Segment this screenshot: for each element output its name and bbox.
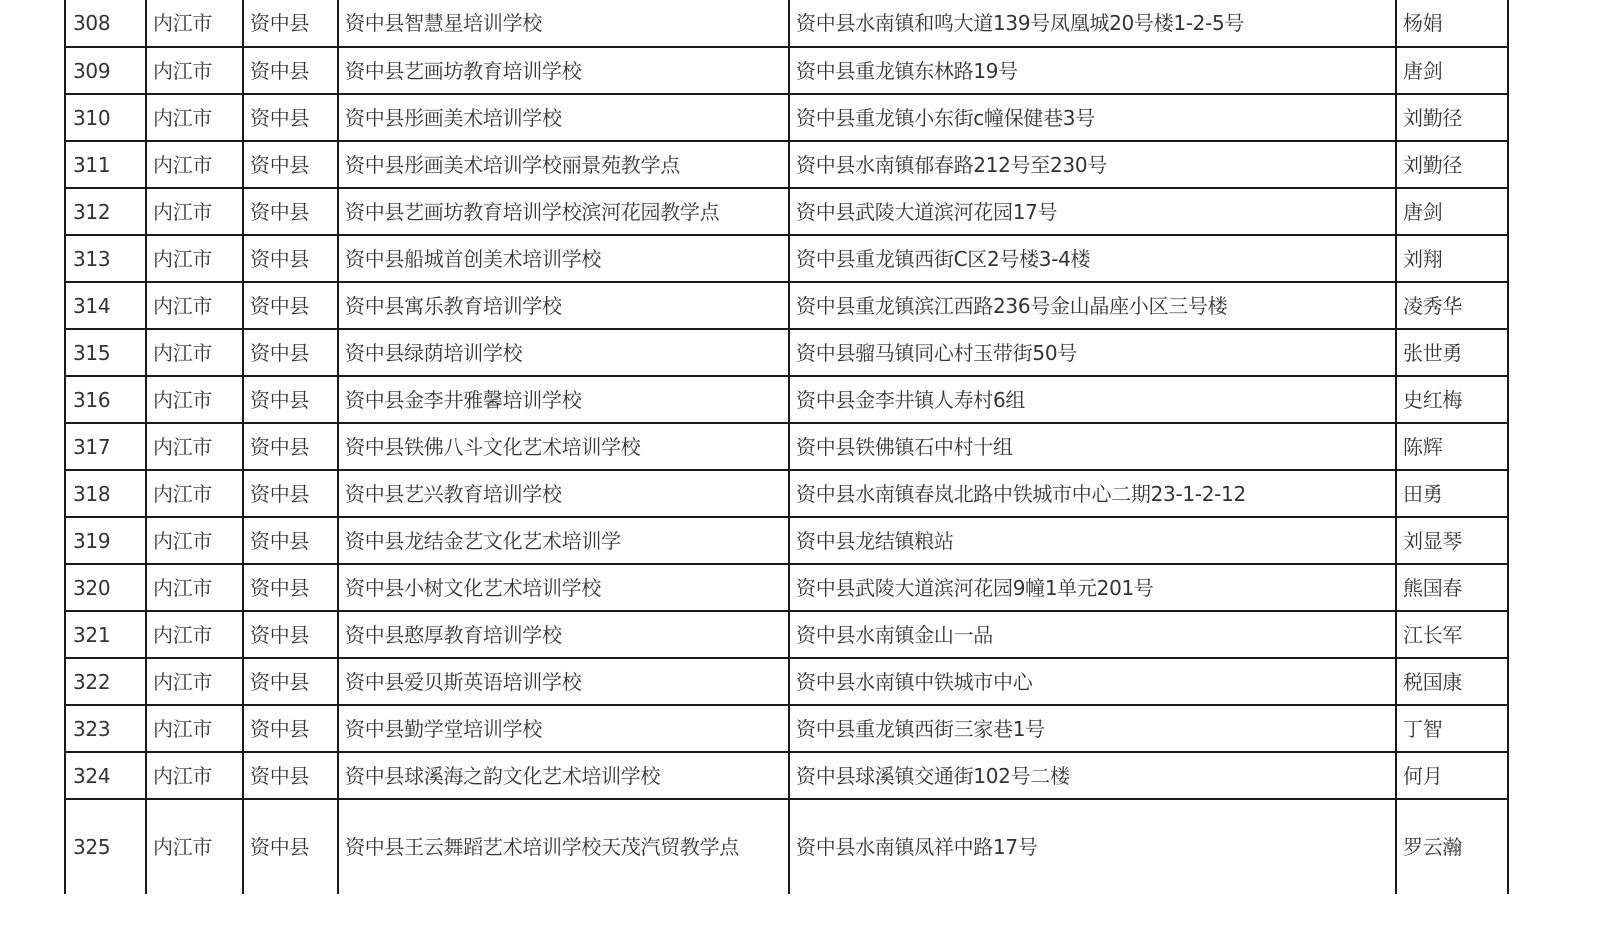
table-row: 316内江市资中县资中县金李井雅馨培训学校资中县金李井镇人寿村6组史红梅 xyxy=(65,376,1508,423)
cell-city: 内江市 xyxy=(146,282,243,329)
cell-school-name: 资中县王云舞蹈艺术培训学校天茂汽贸教学点 xyxy=(338,799,789,894)
cell-school-name: 资中县球溪海之韵文化艺术培训学校 xyxy=(338,752,789,799)
cell-person: 江长军 xyxy=(1396,611,1508,658)
cell-number: 315 xyxy=(65,329,146,376)
cell-number: 310 xyxy=(65,94,146,141)
cell-county: 资中县 xyxy=(243,188,338,235)
cell-school-name: 资中县勤学堂培训学校 xyxy=(338,705,789,752)
cell-school-name: 资中县憨厚教育培训学校 xyxy=(338,611,789,658)
table-row: 309内江市资中县资中县艺画坊教育培训学校资中县重龙镇东林路19号唐剑 xyxy=(65,47,1508,94)
cell-county: 资中县 xyxy=(243,705,338,752)
cell-person: 刘勤径 xyxy=(1396,94,1508,141)
cell-number: 313 xyxy=(65,235,146,282)
table-row: 325内江市资中县资中县王云舞蹈艺术培训学校天茂汽贸教学点资中县水南镇凤祥中路1… xyxy=(65,799,1508,894)
cell-city: 内江市 xyxy=(146,235,243,282)
cell-city: 内江市 xyxy=(146,141,243,188)
cell-school-name: 资中县绿荫培训学校 xyxy=(338,329,789,376)
table-row: 319内江市资中县资中县龙结金艺文化艺术培训学资中县龙结镇粮站刘显琴 xyxy=(65,517,1508,564)
cell-city: 内江市 xyxy=(146,376,243,423)
cell-number: 318 xyxy=(65,470,146,517)
cell-county: 资中县 xyxy=(243,752,338,799)
cell-city: 内江市 xyxy=(146,517,243,564)
cell-county: 资中县 xyxy=(243,329,338,376)
cell-city: 内江市 xyxy=(146,470,243,517)
cell-address: 资中县水南镇郁春路212号至230号 xyxy=(789,141,1396,188)
cell-number: 317 xyxy=(65,423,146,470)
cell-number: 308 xyxy=(65,0,146,47)
cell-address: 资中县水南镇中铁城市中心 xyxy=(789,658,1396,705)
cell-county: 资中县 xyxy=(243,235,338,282)
cell-school-name: 资中县船城首创美术培训学校 xyxy=(338,235,789,282)
cell-county: 资中县 xyxy=(243,282,338,329)
cell-county: 资中县 xyxy=(243,423,338,470)
cell-address: 资中县重龙镇东林路19号 xyxy=(789,47,1396,94)
cell-person: 刘翔 xyxy=(1396,235,1508,282)
cell-address: 资中县重龙镇小东街c幢保健巷3号 xyxy=(789,94,1396,141)
table-row: 321内江市资中县资中县憨厚教育培训学校资中县水南镇金山一品江长军 xyxy=(65,611,1508,658)
cell-school-name: 资中县寓乐教育培训学校 xyxy=(338,282,789,329)
cell-person: 罗云瀚 xyxy=(1396,799,1508,894)
table-row: 324内江市资中县资中县球溪海之韵文化艺术培训学校资中县球溪镇交通街102号二楼… xyxy=(65,752,1508,799)
cell-address: 资中县水南镇春岚北路中铁城市中心二期23-1-2-12 xyxy=(789,470,1396,517)
cell-person: 凌秀华 xyxy=(1396,282,1508,329)
cell-number: 316 xyxy=(65,376,146,423)
table-row: 312内江市资中县资中县艺画坊教育培训学校滨河花园教学点资中县武陵大道滨河花园1… xyxy=(65,188,1508,235)
cell-county: 资中县 xyxy=(243,517,338,564)
cell-person: 税国康 xyxy=(1396,658,1508,705)
cell-number: 309 xyxy=(65,47,146,94)
cell-number: 322 xyxy=(65,658,146,705)
cell-address: 资中县水南镇金山一品 xyxy=(789,611,1396,658)
table-row: 314内江市资中县资中县寓乐教育培训学校资中县重龙镇滨江西路236号金山晶座小区… xyxy=(65,282,1508,329)
cell-county: 资中县 xyxy=(243,47,338,94)
table-row: 322内江市资中县资中县爱贝斯英语培训学校资中县水南镇中铁城市中心税国康 xyxy=(65,658,1508,705)
cell-person: 唐剑 xyxy=(1396,47,1508,94)
cell-person: 史红梅 xyxy=(1396,376,1508,423)
cell-person: 田勇 xyxy=(1396,470,1508,517)
table-row: 311内江市资中县资中县彤画美术培训学校丽景苑教学点资中县水南镇郁春路212号至… xyxy=(65,141,1508,188)
cell-county: 资中县 xyxy=(243,376,338,423)
cell-address: 资中县重龙镇西街三家巷1号 xyxy=(789,705,1396,752)
cell-number: 324 xyxy=(65,752,146,799)
cell-city: 内江市 xyxy=(146,94,243,141)
cell-county: 资中县 xyxy=(243,611,338,658)
cell-person: 唐剑 xyxy=(1396,188,1508,235)
cell-number: 321 xyxy=(65,611,146,658)
table-row: 310内江市资中县资中县彤画美术培训学校资中县重龙镇小东街c幢保健巷3号刘勤径 xyxy=(65,94,1508,141)
cell-number: 323 xyxy=(65,705,146,752)
cell-county: 资中县 xyxy=(243,94,338,141)
cell-city: 内江市 xyxy=(146,658,243,705)
table-row: 320内江市资中县资中县小树文化艺术培训学校资中县武陵大道滨河花园9幢1单元20… xyxy=(65,564,1508,611)
cell-person: 熊国春 xyxy=(1396,564,1508,611)
cell-address: 资中县武陵大道滨河花园17号 xyxy=(789,188,1396,235)
cell-school-name: 资中县艺画坊教育培训学校滨河花园教学点 xyxy=(338,188,789,235)
cell-number: 319 xyxy=(65,517,146,564)
cell-person: 张世勇 xyxy=(1396,329,1508,376)
cell-city: 内江市 xyxy=(146,329,243,376)
table-row: 313内江市资中县资中县船城首创美术培训学校资中县重龙镇西街C区2号楼3-4楼刘… xyxy=(65,235,1508,282)
cell-school-name: 资中县金李井雅馨培训学校 xyxy=(338,376,789,423)
cell-county: 资中县 xyxy=(243,799,338,894)
cell-address: 资中县铁佛镇石中村十组 xyxy=(789,423,1396,470)
table-row: 318内江市资中县资中县艺兴教育培训学校资中县水南镇春岚北路中铁城市中心二期23… xyxy=(65,470,1508,517)
cell-city: 内江市 xyxy=(146,423,243,470)
cell-address: 资中县龙结镇粮站 xyxy=(789,517,1396,564)
cell-address: 资中县重龙镇西街C区2号楼3-4楼 xyxy=(789,235,1396,282)
cell-county: 资中县 xyxy=(243,658,338,705)
cell-address: 资中县金李井镇人寿村6组 xyxy=(789,376,1396,423)
cell-person: 何月 xyxy=(1396,752,1508,799)
table-row: 315内江市资中县资中县绿荫培训学校资中县骝马镇同心村玉带街50号张世勇 xyxy=(65,329,1508,376)
cell-number: 312 xyxy=(65,188,146,235)
cell-school-name: 资中县铁佛八斗文化艺术培训学校 xyxy=(338,423,789,470)
cell-person: 杨娟 xyxy=(1396,0,1508,47)
cell-school-name: 资中县艺兴教育培训学校 xyxy=(338,470,789,517)
table-row: 317内江市资中县资中县铁佛八斗文化艺术培训学校资中县铁佛镇石中村十组陈辉 xyxy=(65,423,1508,470)
cell-person: 刘显琴 xyxy=(1396,517,1508,564)
cell-school-name: 资中县爱贝斯英语培训学校 xyxy=(338,658,789,705)
cell-county: 资中县 xyxy=(243,470,338,517)
cell-number: 320 xyxy=(65,564,146,611)
cell-city: 内江市 xyxy=(146,0,243,47)
cell-person: 刘勤径 xyxy=(1396,141,1508,188)
cell-address: 资中县骝马镇同心村玉带街50号 xyxy=(789,329,1396,376)
cell-city: 内江市 xyxy=(146,188,243,235)
table-body: 308内江市资中县资中县智慧星培训学校资中县水南镇和鸣大道139号凤凰城20号楼… xyxy=(65,0,1508,894)
cell-city: 内江市 xyxy=(146,564,243,611)
cell-school-name: 资中县彤画美术培训学校丽景苑教学点 xyxy=(338,141,789,188)
cell-city: 内江市 xyxy=(146,705,243,752)
cell-city: 内江市 xyxy=(146,47,243,94)
cell-person: 陈辉 xyxy=(1396,423,1508,470)
cell-school-name: 资中县智慧星培训学校 xyxy=(338,0,789,47)
table-row: 308内江市资中县资中县智慧星培训学校资中县水南镇和鸣大道139号凤凰城20号楼… xyxy=(65,0,1508,47)
cell-number: 311 xyxy=(65,141,146,188)
table-row: 323内江市资中县资中县勤学堂培训学校资中县重龙镇西街三家巷1号丁智 xyxy=(65,705,1508,752)
cell-school-name: 资中县龙结金艺文化艺术培训学 xyxy=(338,517,789,564)
school-list-table: 308内江市资中县资中县智慧星培训学校资中县水南镇和鸣大道139号凤凰城20号楼… xyxy=(64,0,1509,894)
cell-county: 资中县 xyxy=(243,0,338,47)
school-list-table-container: 308内江市资中县资中县智慧星培训学校资中县水南镇和鸣大道139号凤凰城20号楼… xyxy=(64,0,1507,894)
cell-city: 内江市 xyxy=(146,752,243,799)
cell-school-name: 资中县小树文化艺术培训学校 xyxy=(338,564,789,611)
cell-school-name: 资中县艺画坊教育培训学校 xyxy=(338,47,789,94)
cell-school-name: 资中县彤画美术培训学校 xyxy=(338,94,789,141)
cell-address: 资中县重龙镇滨江西路236号金山晶座小区三号楼 xyxy=(789,282,1396,329)
cell-number: 314 xyxy=(65,282,146,329)
cell-county: 资中县 xyxy=(243,141,338,188)
cell-address: 资中县球溪镇交通街102号二楼 xyxy=(789,752,1396,799)
cell-person: 丁智 xyxy=(1396,705,1508,752)
cell-number: 325 xyxy=(65,799,146,894)
cell-city: 内江市 xyxy=(146,799,243,894)
cell-address: 资中县水南镇凤祥中路17号 xyxy=(789,799,1396,894)
cell-address: 资中县水南镇和鸣大道139号凤凰城20号楼1-2-5号 xyxy=(789,0,1396,47)
cell-county: 资中县 xyxy=(243,564,338,611)
cell-city: 内江市 xyxy=(146,611,243,658)
cell-address: 资中县武陵大道滨河花园9幢1单元201号 xyxy=(789,564,1396,611)
